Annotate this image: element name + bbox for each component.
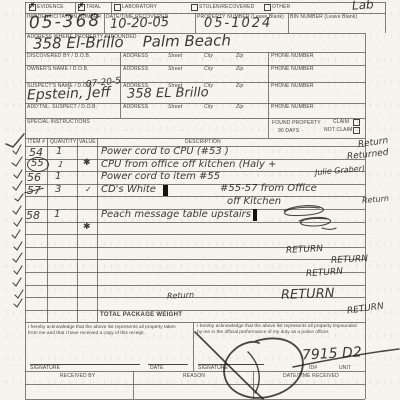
item-description-cont: off Kitchen xyxy=(227,197,281,207)
owner-name-label: OWNER'S NAME / D.O.B. xyxy=(27,67,89,72)
line xyxy=(25,2,26,399)
line xyxy=(104,13,105,33)
line xyxy=(77,138,78,322)
bin-number-label: BIN NUMBER (Leave Blank) xyxy=(290,15,357,20)
margin-checkmark-icon xyxy=(6,134,24,147)
received-by-label: RECEIVED BY xyxy=(60,374,95,379)
signature-label: SIGNATURE xyxy=(198,366,228,371)
city-col-label: City xyxy=(204,105,213,110)
laboratory-label: LABORATORY xyxy=(122,5,157,10)
item-description-cont: Julie Graber) xyxy=(315,165,366,177)
line xyxy=(193,322,194,371)
margin-checkmark-icon xyxy=(13,145,21,154)
phone-col-label: PHONE NUMBER xyxy=(271,67,314,72)
line xyxy=(25,310,365,311)
margin-checkmark-icon xyxy=(13,253,22,262)
margin-checkmark-icon xyxy=(14,266,22,274)
id-label: ID# xyxy=(309,366,317,371)
address-col-label: ADDRESS xyxy=(123,67,148,72)
total-package-weight-label: TOTAL PACKAGE WEIGHT xyxy=(100,312,182,318)
margin-checkmark-icon xyxy=(13,278,21,286)
margin-checkmark-icon xyxy=(15,290,23,298)
item-qty: 1 xyxy=(57,161,64,170)
margin-note: Returned xyxy=(347,149,389,162)
item-number: 57 xyxy=(27,185,41,196)
special-instructions-label: SPECIAL INSTRUCTIONS xyxy=(27,120,90,125)
margin-note: Return xyxy=(362,195,390,205)
date-label: DATE xyxy=(150,366,164,371)
line xyxy=(268,52,269,138)
margin-checkmark-icon xyxy=(12,230,20,238)
line xyxy=(25,234,365,235)
incident-number-value: 05-368 xyxy=(29,13,102,33)
not-claim-label: NOT CLAIM xyxy=(324,128,352,133)
line xyxy=(195,13,196,33)
item-qty: 1 xyxy=(56,147,62,157)
city-col-label: City xyxy=(204,67,213,72)
zip-col-label: Zip xyxy=(236,67,243,72)
acknowledgment-left-text: I hereby acknowledge that the above list… xyxy=(28,325,184,337)
stolen-recovered-checkbox xyxy=(191,4,198,11)
return-note: Return xyxy=(167,291,194,300)
street-col-label: Street xyxy=(168,54,182,59)
found-property-label: FOUND PROPERTY xyxy=(272,121,321,126)
quantity-header: QUANTITY xyxy=(50,140,76,145)
line xyxy=(253,371,254,399)
datetime-received-label: DATE/TIME RECEIVED xyxy=(283,374,339,379)
evidence-checkbox: ✗ xyxy=(29,4,36,11)
return-note: RETURN xyxy=(306,268,344,280)
signature-scribble xyxy=(224,338,303,397)
other-label: OTHER xyxy=(272,5,290,10)
phone-col-label: PHONE NUMBER xyxy=(271,84,314,89)
zip-col-label: Zip xyxy=(236,105,243,110)
property-number-value: 05-1024 xyxy=(204,17,272,30)
x-mark-icon: ✗ xyxy=(29,1,36,10)
margin-checkmark-icon xyxy=(12,157,22,166)
item-description-cont: #55-57 from Office xyxy=(220,184,317,194)
suspect-name-value: Epstein, Jeff xyxy=(27,86,111,103)
address-col-label: ADDRESS xyxy=(123,54,148,59)
addtnl-suspect-label: ADD'TNL. SUSPECT / D.O.B. xyxy=(27,105,97,110)
evidence-label: EVIDENCE xyxy=(37,5,64,10)
item-description: Power cord to CPU (#53 ) xyxy=(101,147,229,157)
address-impounded-value: 358 El-Brillo Palm Beach xyxy=(33,33,231,51)
discovered-by-label: DISCOVERED BY / D.O.B. xyxy=(27,54,91,59)
trial-checkbox: ✗ xyxy=(78,4,85,11)
line xyxy=(288,13,289,33)
line xyxy=(97,138,98,322)
item-qty: 3 xyxy=(55,185,61,195)
claim-label: CLAIM xyxy=(333,120,349,125)
not-claim-checkbox xyxy=(353,127,360,134)
other-checkbox xyxy=(264,4,271,11)
item-number-struck: 57 xyxy=(27,185,41,196)
line xyxy=(111,2,112,13)
line xyxy=(25,259,365,260)
margin-checkmark-icon xyxy=(14,170,22,178)
city-col-label: City xyxy=(204,54,213,59)
item-number-circled: 55 xyxy=(27,157,49,172)
lab-handwritten-note: Lab xyxy=(352,0,374,12)
margin-checkmark-icon xyxy=(14,218,22,226)
item-description: Power cord to item #55 xyxy=(101,172,220,182)
suspect-address-value: 358 EL Brillo xyxy=(127,86,209,100)
redaction-bar xyxy=(163,185,168,196)
id-unit-handwritten-value: 7915 D2 xyxy=(302,345,362,362)
redaction-bar xyxy=(253,209,257,221)
item-description: Peach message table upstairs xyxy=(101,210,251,220)
zip-col-label: Zip xyxy=(236,84,243,89)
return-note: RETURN xyxy=(281,287,335,302)
scratched-out-scribble xyxy=(284,206,323,216)
line xyxy=(133,371,134,399)
x-mark-icon: ✗ xyxy=(78,1,85,10)
signature-label: SIGNATURE xyxy=(30,366,60,371)
laboratory-checkbox xyxy=(114,4,121,11)
line xyxy=(365,33,366,399)
datetime-recovered-value: 10-20-05 xyxy=(110,16,169,31)
item-number: 55 xyxy=(27,157,49,172)
handwriting-overlay xyxy=(0,0,400,400)
return-note: RETURN xyxy=(286,245,323,256)
phone-col-label: PHONE NUMBER xyxy=(271,54,314,59)
trial-label: TRIAL xyxy=(86,5,101,10)
item-number: 56 xyxy=(27,172,41,183)
stolen-recovered-label: STOLEN/RECOVERED xyxy=(199,5,254,10)
item-value-mark: ✓ xyxy=(85,186,92,194)
value-header: VALUE xyxy=(79,140,96,145)
margin-checkmark-icon xyxy=(14,242,22,250)
item-description: CPU from office off kitchen (Haly + xyxy=(101,160,276,170)
unit-label: UNIT xyxy=(339,366,351,371)
return-note: RETURN xyxy=(331,255,368,266)
item-qty: 1 xyxy=(54,210,60,220)
line xyxy=(25,322,365,323)
acknowledgment-right-text: I hereby acknowledge that the above list… xyxy=(197,324,359,336)
line xyxy=(385,2,386,33)
phone-col-label: PHONE NUMBER xyxy=(271,105,314,110)
line xyxy=(25,222,365,223)
scratched-out-scribble xyxy=(322,228,336,230)
street-col-label: Street xyxy=(168,67,182,72)
item-qty: 1 xyxy=(55,172,61,182)
item-value-mark: ✱ xyxy=(83,223,91,232)
claim-checkbox xyxy=(353,119,360,126)
margin-checkmark-icon xyxy=(13,181,22,190)
margin-checkmark-icon xyxy=(13,206,21,214)
line xyxy=(25,371,365,372)
address-col-label: ADDRESS xyxy=(123,105,148,110)
street-col-label: Street xyxy=(168,105,182,110)
margin-checkmark-icon xyxy=(15,194,23,201)
ninety-days-label: 90 DAYS xyxy=(278,129,299,134)
item-value-mark: ✱ xyxy=(83,159,91,168)
item-number: 58 xyxy=(26,210,40,221)
line xyxy=(25,196,365,197)
margin-checkmark-icon xyxy=(14,299,22,307)
item-description: CD's White xyxy=(101,185,156,195)
reason-label: REASON xyxy=(183,374,205,379)
description-header: DESCRIPTION xyxy=(185,140,221,145)
item-header: ITEM # xyxy=(28,140,45,145)
line xyxy=(25,384,365,385)
zip-col-label: Zip xyxy=(236,54,243,59)
scanned-evidence-property-form: ✗ EVIDENCE ✗ TRIAL LABORATORY STOLEN/REC… xyxy=(0,0,400,400)
